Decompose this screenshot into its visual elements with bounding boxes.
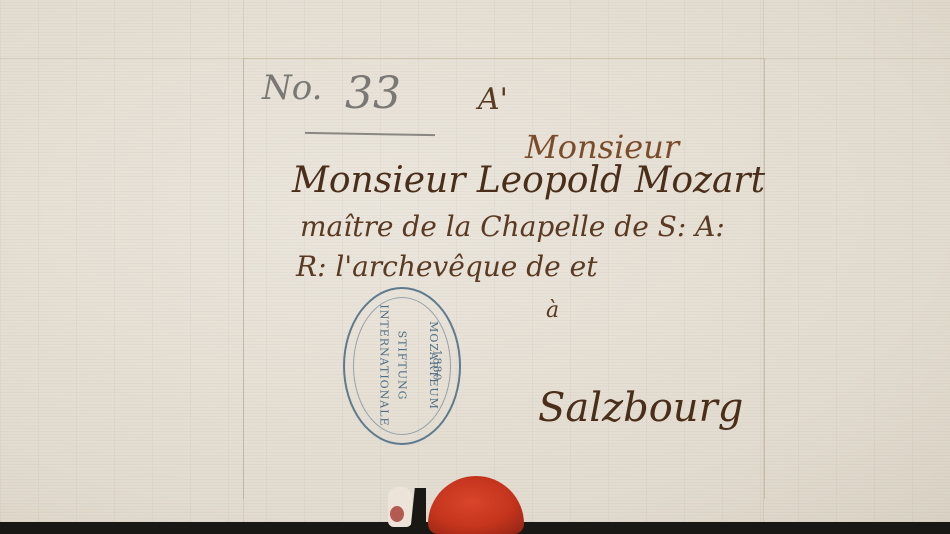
address-line-4: R: l'archevêque de et xyxy=(296,250,597,283)
stamp-outer-text: INTERNATIONALE xyxy=(378,304,391,426)
stamp-year: 1880 xyxy=(431,350,444,382)
address-salutation: A' xyxy=(478,82,508,117)
mozarteum-stamp: INTERNATIONALE STIFTUNG MOZARTEUM 1880 xyxy=(343,287,461,445)
address-line-2: Monsieur Leopold Mozart xyxy=(292,160,765,201)
pencil-prefix: No. xyxy=(262,68,322,108)
pencil-number: 33 xyxy=(345,68,401,119)
address-line-5: à xyxy=(546,298,559,323)
seal-fragment-dot xyxy=(390,506,404,522)
address-city: Salzbourg xyxy=(538,385,743,431)
stamp-middle-text: STIFTUNG xyxy=(395,331,408,401)
address-line-3: maître de la Chapelle de S: A: xyxy=(300,210,725,243)
letter-paper: No. 33 A' Monsieur Monsieur Leopold Moza… xyxy=(0,0,950,522)
